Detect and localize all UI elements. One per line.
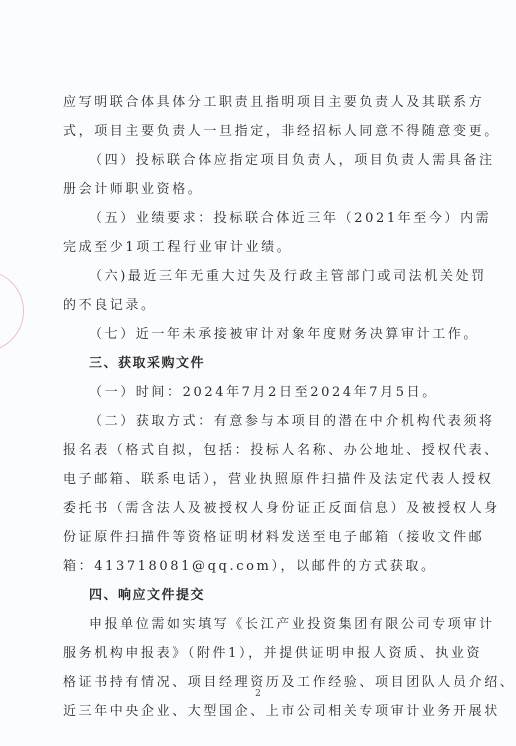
text-line: 的不良记录。 — [63, 291, 451, 320]
clause-4: （四）投标联合体应指定项目负责人，项目负责人需具备注 — [63, 146, 451, 175]
email-line: 箱：413718081@qq.com），以邮件的方式获取。 — [63, 552, 451, 581]
clause-7: （七）近一年未承接被审计对象年度财务决算审计工作。 — [63, 320, 451, 349]
text-line: 册会计师职业资格。 — [63, 175, 451, 204]
document-page: 应写明联合体具体分工职责且指明项目主要负责人及其联系方 式，项目主要负责人一旦指… — [0, 0, 516, 746]
section-heading-4: 四、响应文件提交 — [63, 581, 451, 610]
clause-6: （六)最近三年无重大过失及行政主管部门或司法机关处罚 — [63, 262, 451, 291]
text-line: 近三年中央企业、大型国企、上市公司相关专项审计业务开展状 — [63, 697, 451, 726]
clause-3-1: （一）时间：2024年7月2日至2024年7月5日。 — [63, 378, 451, 407]
text-line: 报名表（格式自拟，包括：投标人名称、办公地址、授权代表、 — [63, 436, 451, 465]
page-number: 2 — [0, 689, 516, 699]
text-line: 委托书（需含法人及被授权人身份证正反面信息）及被授权人身 — [63, 494, 451, 523]
text-line: 电子邮箱、联系电话），营业执照原件扫描件及法定代表人授权 — [63, 465, 451, 494]
text-line: 份证原件扫描件等资格证明材料发送至电子邮箱（接收文件邮 — [63, 523, 451, 552]
clause-3-2: （二）获取方式：有意参与本项目的潜在中介机构代表须将 — [63, 407, 451, 436]
text-line: 应写明联合体具体分工职责且指明项目主要负责人及其联系方 — [63, 88, 451, 117]
text-line: 式，项目主要负责人一旦指定，非经招标人同意不得随意变更。 — [63, 117, 451, 146]
text-line: 服务机构申报表》（附件1），并提供证明申报人资质、执业资 — [63, 639, 451, 668]
section-heading-3: 三、获取采购文件 — [63, 349, 451, 378]
clause-5: （五）业绩要求：投标联合体近三年（2021年至今）内需 — [63, 204, 451, 233]
document-body: 应写明联合体具体分工职责且指明项目主要负责人及其联系方 式，项目主要负责人一旦指… — [63, 88, 451, 726]
red-seal-stamp — [0, 270, 24, 352]
text-line: 完成至少1项工程行业审计业绩。 — [63, 233, 451, 262]
paragraph-4: 申报单位需如实填写《长江产业投资集团有限公司专项审计 — [63, 610, 451, 639]
